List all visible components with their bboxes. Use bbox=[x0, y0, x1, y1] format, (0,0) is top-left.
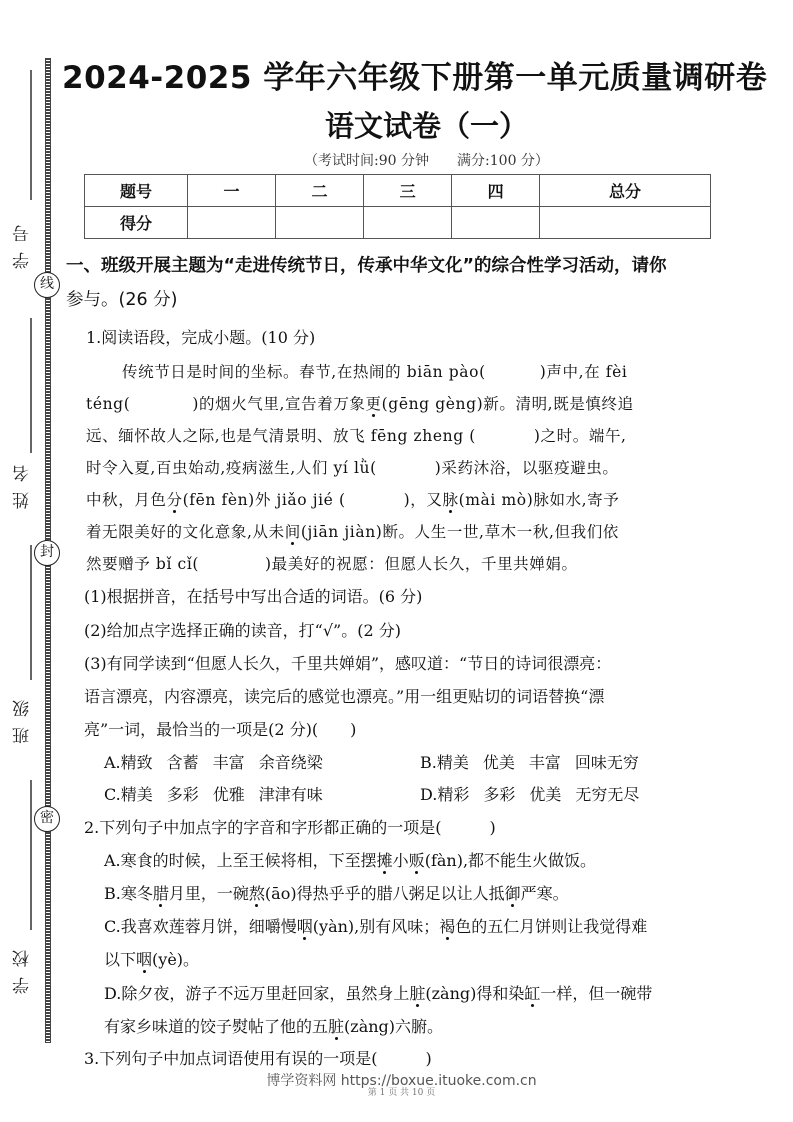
option-word: 丰富 bbox=[213, 750, 245, 773]
dotted-char: 御 bbox=[505, 884, 521, 903]
passage-text: )的烟火气里,宣告着万象 bbox=[192, 395, 365, 413]
option-c[interactable]: C.精美多彩优雅津津有味 bbox=[104, 782, 337, 805]
option-text: 月里，一碗 bbox=[169, 884, 249, 903]
q2-title: 2.下列句子中加点字的字音和字形都正确的一项是( ) bbox=[84, 815, 496, 838]
seal-seal-icon: 封 bbox=[34, 540, 60, 566]
option-word: 多彩 bbox=[483, 782, 515, 805]
q1-sub2: (2)给加点字选择正确的读音，打“√”。(2 分) bbox=[84, 618, 401, 641]
score-input-2[interactable] bbox=[276, 207, 364, 239]
dotted-char: 咽 bbox=[297, 917, 313, 936]
option-b[interactable]: B.精美优美丰富回味无穷 bbox=[420, 750, 653, 773]
dotted-char: 脏 bbox=[328, 1017, 344, 1036]
dotted-char: 褐 bbox=[439, 917, 455, 936]
q2-option-d-line1[interactable]: D.除夕夜，游子不远万里赶回家，虽然身上脏(zàng)得和染缸一样，但一碗带 bbox=[104, 981, 652, 1004]
q2-option-a[interactable]: A.寒食的时候，上至王候将相，下至摆摊小贩(fàn),都不能生火做饭。 bbox=[104, 848, 596, 871]
score-input-total[interactable] bbox=[540, 207, 711, 239]
dotted-char: 摊 bbox=[377, 851, 393, 870]
seal-secret-icon: 密 bbox=[34, 806, 60, 832]
option-text: B.寒冬 bbox=[104, 884, 153, 903]
passage-line-6: 着无限美好的文化意象,从未间(jiān jiàn)断。人生一世,草木一秋,但我们… bbox=[86, 520, 619, 542]
passage-text: )，又 bbox=[404, 491, 443, 509]
field-label-class: 班级 bbox=[10, 690, 35, 744]
option-word: 多彩 bbox=[167, 782, 199, 805]
dotted-char: 咽 bbox=[136, 950, 152, 969]
option-word: A.精致 bbox=[104, 750, 153, 773]
passage-line-5: 中秋，月色分(fēn fèn)外 jiǎo jié ()，又脉(mài mò)脉… bbox=[86, 488, 619, 510]
field-line-class bbox=[30, 780, 32, 930]
passage-text: 中秋，月色 bbox=[86, 491, 167, 509]
passage-line-4: 时令入夏,百虫始动,疫病滋生,人们 yí lǜ()采药沐浴，以驱疫避虫。 bbox=[86, 456, 619, 478]
option-text: 严寒。 bbox=[521, 884, 569, 903]
page-title: 2024-2025 学年六年级下册第一单元质量调研卷 bbox=[62, 52, 742, 97]
passage-text: 传统节日是时间的坐标。春节,在热闹的 biān pào( bbox=[122, 363, 486, 381]
q3-title: 3.下列句子中加点词语使用有误的一项是( ) bbox=[84, 1046, 432, 1069]
passage-text: (jiān jiàn)断。人生一世,草木一秋,但我们依 bbox=[301, 523, 619, 541]
dotted-char: 脏 bbox=[409, 984, 425, 1003]
cell-question-number-label: 题号 bbox=[85, 175, 188, 207]
option-text: D.除夕夜，游子不远万里赶回家，虽然身上 bbox=[104, 984, 409, 1003]
q1-title: 1.阅读语段，完成小题。(10 分) bbox=[86, 325, 315, 348]
q1-sub3-line3: 亮”一词，最恰当的一项是(2 分)( ) bbox=[84, 717, 356, 740]
passage-text: 远、缅怀故人之际,也是气清景明、放飞 fēng zheng ( bbox=[86, 427, 476, 445]
q2-option-c-line1[interactable]: C.我喜欢莲蓉月饼，细嚼慢咽(yàn),别有风味；褐色的五仁月饼则让我觉得难 bbox=[104, 914, 647, 937]
option-word: D.精彩 bbox=[420, 782, 469, 805]
option-word: 优雅 bbox=[213, 782, 245, 805]
option-word: 优美 bbox=[529, 782, 561, 805]
score-table-header-row: 题号 一 二 三 四 总分 bbox=[85, 175, 711, 207]
passage-text: 然要赠予 bǐ cǐ( bbox=[86, 555, 199, 573]
score-input-3[interactable] bbox=[364, 207, 452, 239]
field-label-name: 姓名 bbox=[10, 455, 35, 509]
passage-text: 着无限美好的文化意象,从未 bbox=[86, 523, 285, 541]
option-word: 余音绕梁 bbox=[259, 750, 323, 773]
option-text: (zàng)六腑。 bbox=[344, 1017, 443, 1036]
q2-option-d-line2: 有家乡味道的饺子熨帖了他的五脏(zàng)六腑。 bbox=[104, 1014, 443, 1037]
dotted-char: 熬 bbox=[249, 884, 265, 903]
option-word: B.精美 bbox=[420, 750, 469, 773]
field-line-name bbox=[30, 545, 32, 680]
section-heading-line2: 参与。(26 分) bbox=[66, 286, 178, 311]
option-text: (yàn),别有风味； bbox=[313, 917, 439, 936]
score-input-1[interactable] bbox=[188, 207, 276, 239]
dotted-char: 腊 bbox=[153, 884, 169, 903]
option-text: A.寒食的时候，上至王候将相，下至摆 bbox=[104, 851, 377, 870]
score-table-score-row: 得分 bbox=[85, 207, 711, 239]
field-label-school: 学校 bbox=[10, 940, 35, 994]
option-text: (yè)。 bbox=[152, 950, 199, 969]
seal-line-icon: 线 bbox=[34, 272, 60, 298]
option-word: 含蓄 bbox=[167, 750, 199, 773]
passage-text: téng( bbox=[86, 395, 130, 413]
cell-section-2: 二 bbox=[276, 175, 364, 207]
option-word: 丰富 bbox=[529, 750, 561, 773]
dotted-char: 更 bbox=[366, 395, 382, 413]
q2-option-b[interactable]: B.寒冬腊月里，一碗熬(āo)得热乎乎的腊八粥足以让人抵御严寒。 bbox=[104, 881, 569, 904]
option-text: 色的五仁月饼则让我觉得难 bbox=[455, 917, 647, 936]
passage-text: )之时。端午, bbox=[534, 427, 627, 445]
option-word: 优美 bbox=[483, 750, 515, 773]
q1-sub3-line2: 语言漂亮，内容漂亮，读完后的感觉也漂亮。”用一组更贴切的词语替换“漂 bbox=[84, 684, 604, 707]
option-text: 以下 bbox=[104, 950, 136, 969]
option-d[interactable]: D.精彩多彩优美无穷无尽 bbox=[420, 782, 653, 805]
dotted-char: 缸 bbox=[524, 984, 540, 1003]
option-a[interactable]: A.精致含蓄丰富余音绕梁 bbox=[104, 750, 337, 773]
option-text: C.我喜欢莲蓉月饼，细嚼慢 bbox=[104, 917, 297, 936]
field-label-student-id: 学号 bbox=[10, 215, 35, 269]
dotted-char: 间 bbox=[285, 523, 301, 541]
passage-text: )声中,在 fèi bbox=[540, 363, 628, 381]
option-text: 一样，但一碗带 bbox=[540, 984, 652, 1003]
cell-total: 总分 bbox=[540, 175, 711, 207]
option-text: 小 bbox=[393, 851, 409, 870]
option-text: 有家乡味道的饺子熨帖了他的五 bbox=[104, 1017, 328, 1036]
passage-line-7: 然要赠予 bǐ cǐ()最美好的祝愿：但愿人长久，千里共婵娟。 bbox=[86, 552, 578, 574]
option-word: 无穷无尽 bbox=[575, 782, 639, 805]
score-table: 题号 一 二 三 四 总分 得分 bbox=[84, 174, 711, 239]
passage-text: (mài mò)脉如水,寄予 bbox=[459, 491, 620, 509]
dotted-char: 脉 bbox=[443, 491, 459, 509]
option-word: 回味无穷 bbox=[575, 750, 639, 773]
score-input-4[interactable] bbox=[452, 207, 540, 239]
passage-text: 时令入夏,百虫始动,疫病滋生,人们 yí lǜ( bbox=[86, 459, 377, 477]
cell-section-1: 一 bbox=[188, 175, 276, 207]
passage-text: (gēng gèng)新。清明,既是慎终追 bbox=[382, 395, 634, 413]
q2-option-c-line2: 以下咽(yè)。 bbox=[104, 947, 199, 970]
option-word: 津津有味 bbox=[259, 782, 323, 805]
passage-line-2: téng()的烟火气里,宣告着万象更(gēng gèng)新。清明,既是慎终追 bbox=[86, 392, 634, 414]
passage-text: )最美好的祝愿：但愿人长久，千里共婵娟。 bbox=[265, 555, 578, 573]
cell-section-3: 三 bbox=[364, 175, 452, 207]
dotted-char: 贩 bbox=[409, 851, 425, 870]
section-heading-line1: 一、班级开展主题为“走进传统节日，传承中华文化”的综合性学习活动，请你 bbox=[66, 252, 667, 277]
option-text: (zàng)得和染 bbox=[425, 984, 524, 1003]
passage-text: (fēn fèn)外 jiǎo jié ( bbox=[183, 491, 346, 509]
field-line-student-id-bottom bbox=[30, 318, 32, 453]
passage-line-3: 远、缅怀故人之际,也是气清景明、放飞 fēng zheng ()之时。端午, bbox=[86, 424, 627, 446]
cell-score-label: 得分 bbox=[85, 207, 188, 239]
page-subtitle: 语文试卷（一） bbox=[0, 104, 793, 145]
option-word: C.精美 bbox=[104, 782, 153, 805]
option-text: (āo)得热乎乎的腊八粥足以让人抵 bbox=[265, 884, 505, 903]
exam-info: （考试时间:90 分钟 满分:100 分） bbox=[0, 150, 793, 170]
passage-text: )采药沐浴，以驱疫避虫。 bbox=[435, 459, 619, 477]
page-number: 第 1 页 共 10 页 bbox=[0, 1085, 793, 1098]
q1-sub1: (1)根据拼音，在括号中写出合适的词语。(6 分) bbox=[84, 584, 422, 607]
cell-section-4: 四 bbox=[452, 175, 540, 207]
q1-sub3-line1: (3)有同学读到“但愿人长久，千里共婵娟”，感叹道：“节日的诗词很漂亮： bbox=[84, 651, 611, 674]
dotted-char: 分 bbox=[167, 491, 183, 509]
passage-line-1: 传统节日是时间的坐标。春节,在热闹的 biān pào()声中,在 fèi bbox=[122, 360, 627, 382]
option-text: (fàn),都不能生火做饭。 bbox=[425, 851, 596, 870]
